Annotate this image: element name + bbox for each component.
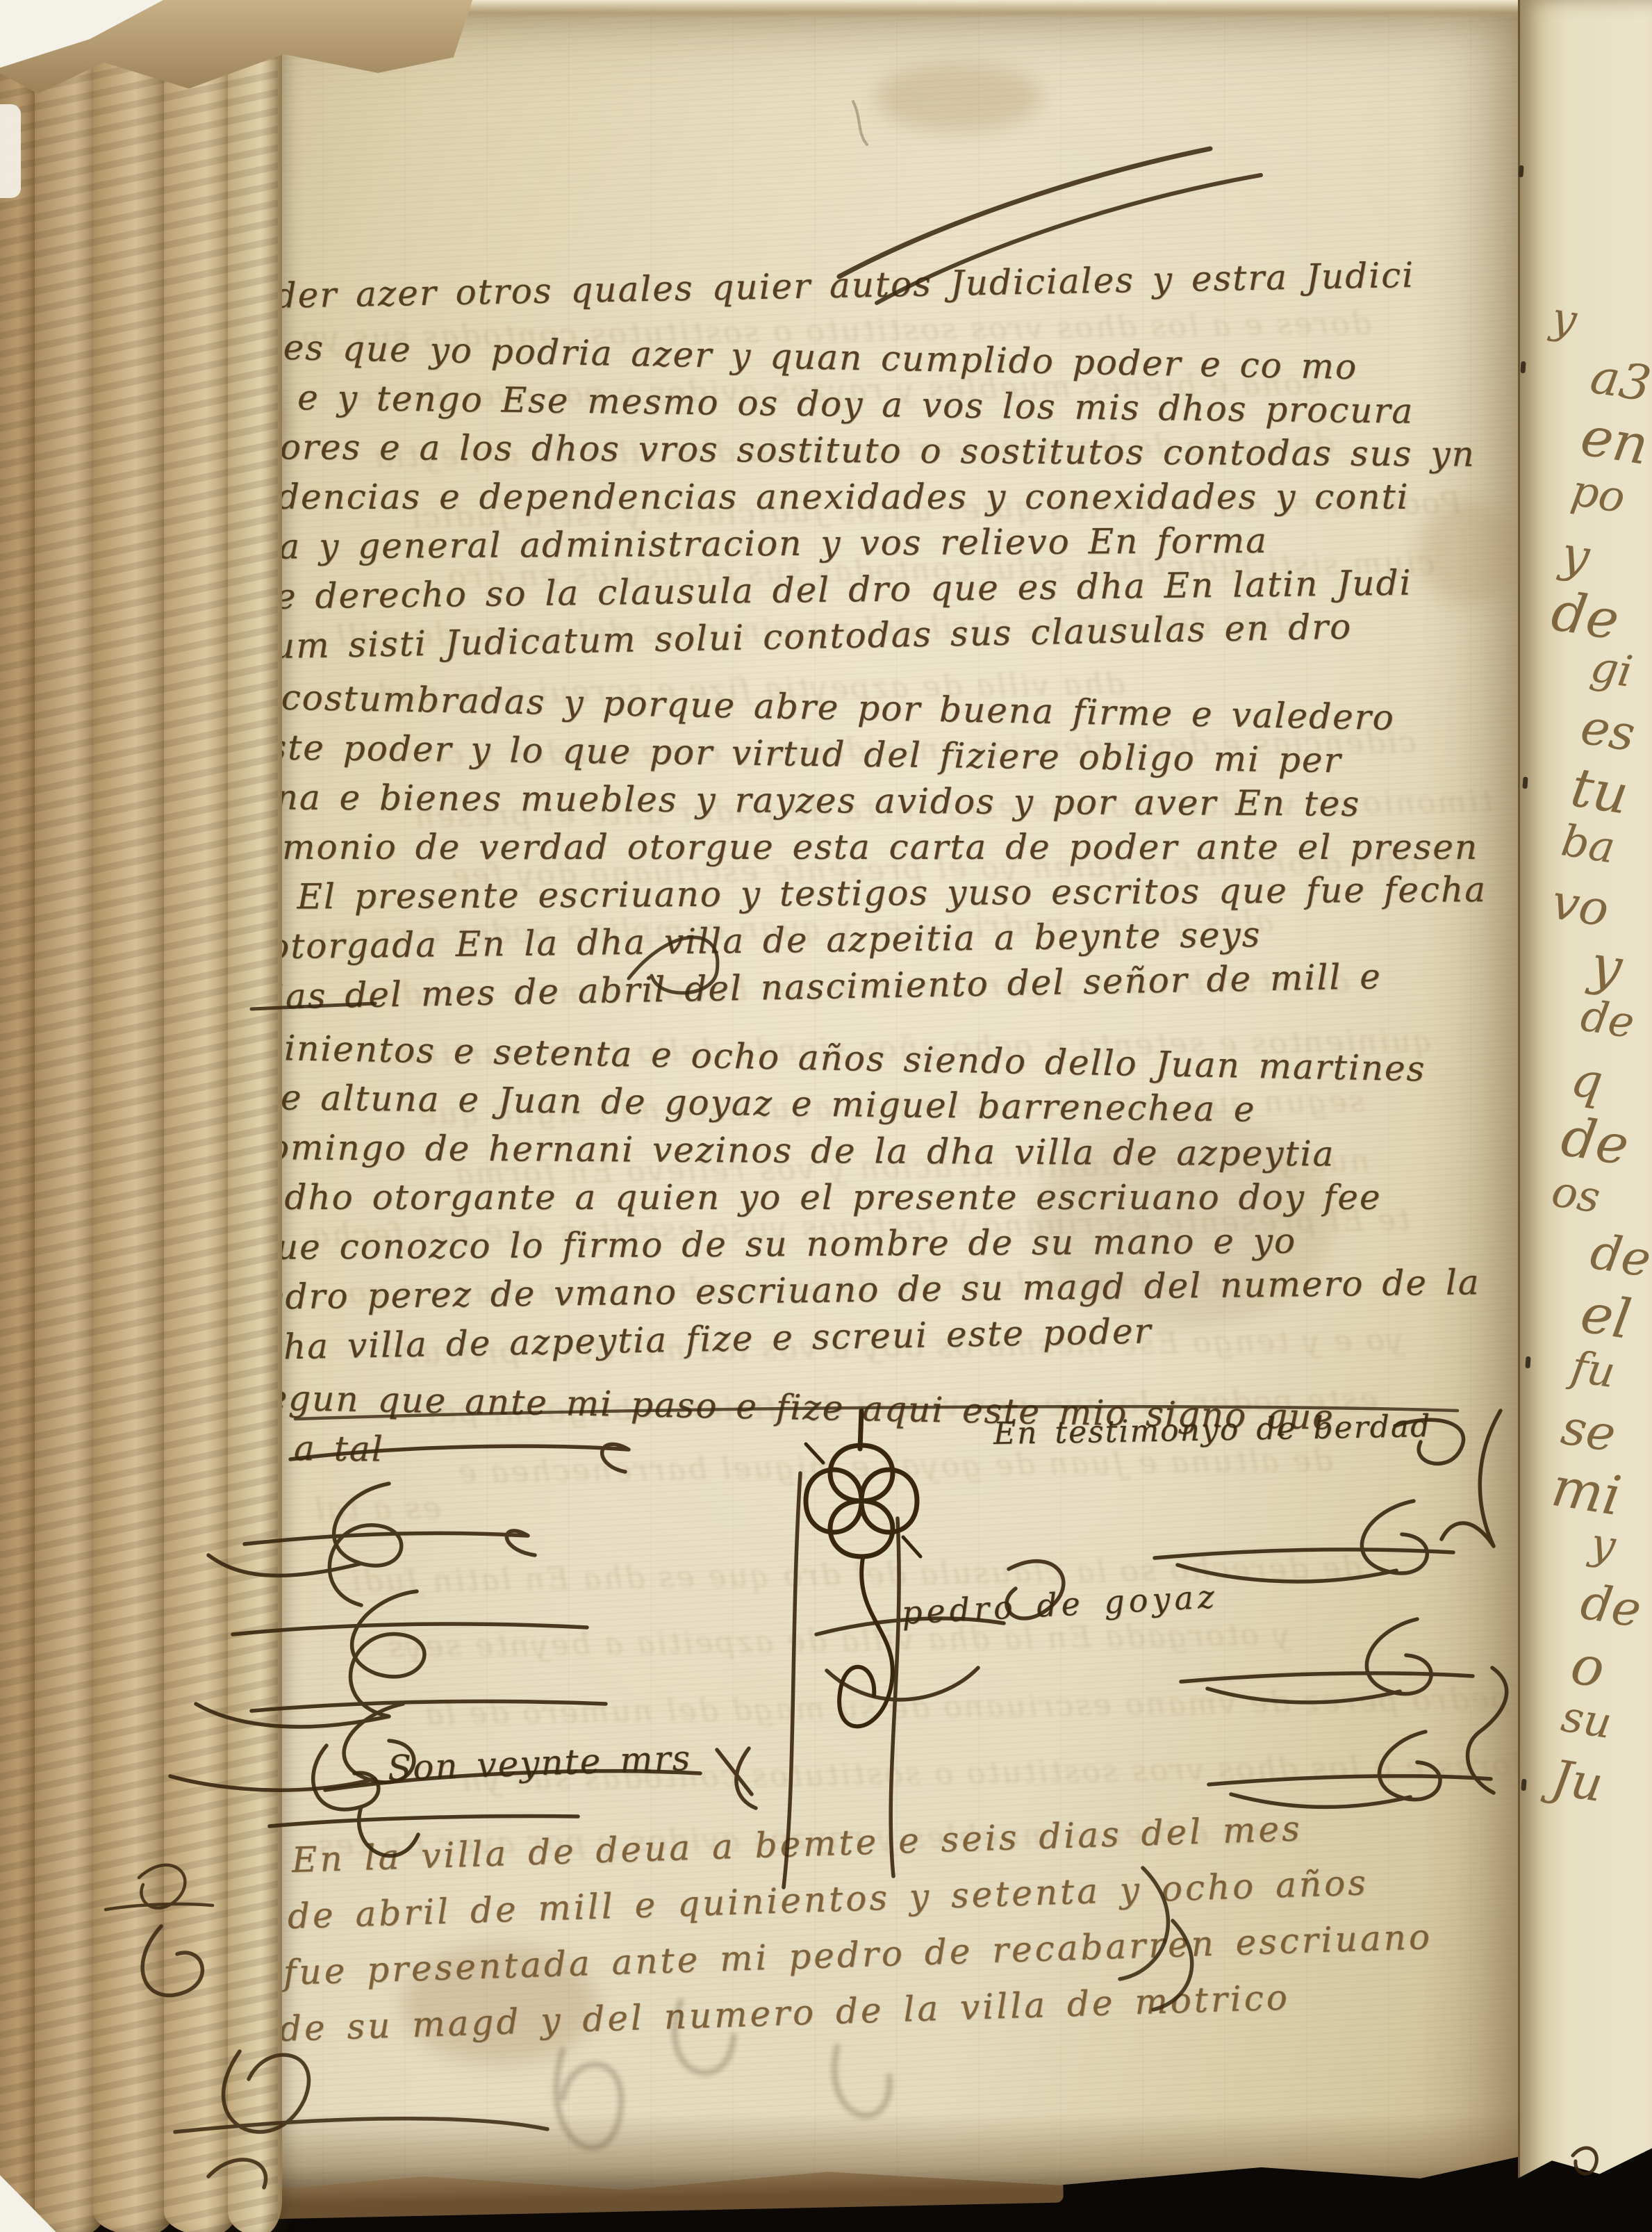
next-page-fragment: de: [1558, 1110, 1632, 1174]
next-page-fragment: el: [1577, 1286, 1634, 1347]
next-page-fragment: gi: [1588, 645, 1635, 694]
manuscript-line: nua y general administracion y vos relie…: [231, 523, 1268, 564]
manuscript-line: timonio de verdad otorgue esta carta de …: [254, 830, 1478, 864]
manuscript-line: dores e a los dhos vros sostituto o sost…: [256, 429, 1476, 472]
paper-stain: [875, 63, 1042, 132]
next-page-fragment: mi: [1548, 1460, 1625, 1525]
next-page-fragment: os: [1549, 1170, 1603, 1220]
leaf-edge-strip: [228, 0, 282, 2232]
next-page-fragment: es: [1578, 702, 1638, 758]
binding-stitch: [1518, 165, 1523, 177]
next-page-fragment: de: [1548, 584, 1622, 648]
next-page-fragment: de: [1578, 994, 1637, 1044]
binding-stitch: [1522, 777, 1528, 789]
next-page-fragment: y: [1558, 529, 1593, 581]
leaf-edge-strip: [0, 0, 46, 2232]
next-page-fragment: fu: [1569, 1345, 1619, 1394]
binding-stitch: [1525, 1356, 1530, 1368]
manuscript-line: cidencias e dependencias anexidades y co…: [244, 479, 1410, 514]
manuscript-line: que conozco lo firmo de su nombre de su …: [252, 1224, 1296, 1265]
scanned-manuscript-photo: dores e a los dhos vros sostituto o sost…: [0, 0, 1652, 2232]
worn-leaf-edges: [0, 0, 278, 2232]
fee-note: Son veynte mrs: [387, 1741, 692, 1786]
scanner-background-slit: [0, 104, 21, 198]
attestation-line: En testimonyo de berdad: [993, 1411, 1432, 1450]
binding-stitch: [1520, 361, 1526, 373]
next-page-fragment: q: [1568, 1054, 1606, 1107]
next-page-fragment: y: [1548, 296, 1579, 343]
next-page-fragment: su: [1559, 1695, 1615, 1745]
next-page-fragment: en: [1577, 409, 1651, 473]
next-page-fragment: vo: [1548, 877, 1612, 934]
next-page-fragment: y: [1587, 1522, 1618, 1568]
leaf-edge-strip: [164, 0, 240, 2232]
next-page-fragment: se: [1558, 1402, 1619, 1459]
next-page-fragment: de: [1587, 1227, 1652, 1285]
manuscript-line: domingo de hernani vezinos de la dha vil…: [245, 1130, 1335, 1172]
next-page-fragment: Ju: [1548, 1753, 1606, 1810]
next-page-fragment: de: [1578, 1577, 1644, 1635]
next-page: ya3enpoydegiestubavoydeqdeosdeelfusemiyd…: [1518, 0, 1652, 2232]
manuscript-line: sona e bienes muebles y rayzes avidos y …: [234, 780, 1360, 821]
leaf-edge-strip: [35, 0, 108, 2232]
manuscript-page: dores e a los dhos vros sostituto o sost…: [76, 0, 1521, 2232]
manuscript-line: te El presente escriuano y testigos yuso…: [242, 872, 1487, 914]
next-page-fragment: po: [1569, 468, 1628, 519]
binding-stitch: [1521, 1779, 1526, 1791]
leaf-edge-strip: [93, 0, 178, 2232]
manuscript-line: el dho otorgante a quien yo el presente …: [232, 1180, 1382, 1215]
showthrough-line: es a tal: [313, 1493, 441, 1526]
next-page-fragment: y: [1587, 937, 1626, 996]
next-page-fragment: ba: [1559, 819, 1618, 869]
next-page-fragment: o: [1567, 1638, 1608, 1696]
next-page-fragment: tu: [1567, 760, 1632, 823]
next-page-fragment: a3: [1587, 352, 1652, 409]
